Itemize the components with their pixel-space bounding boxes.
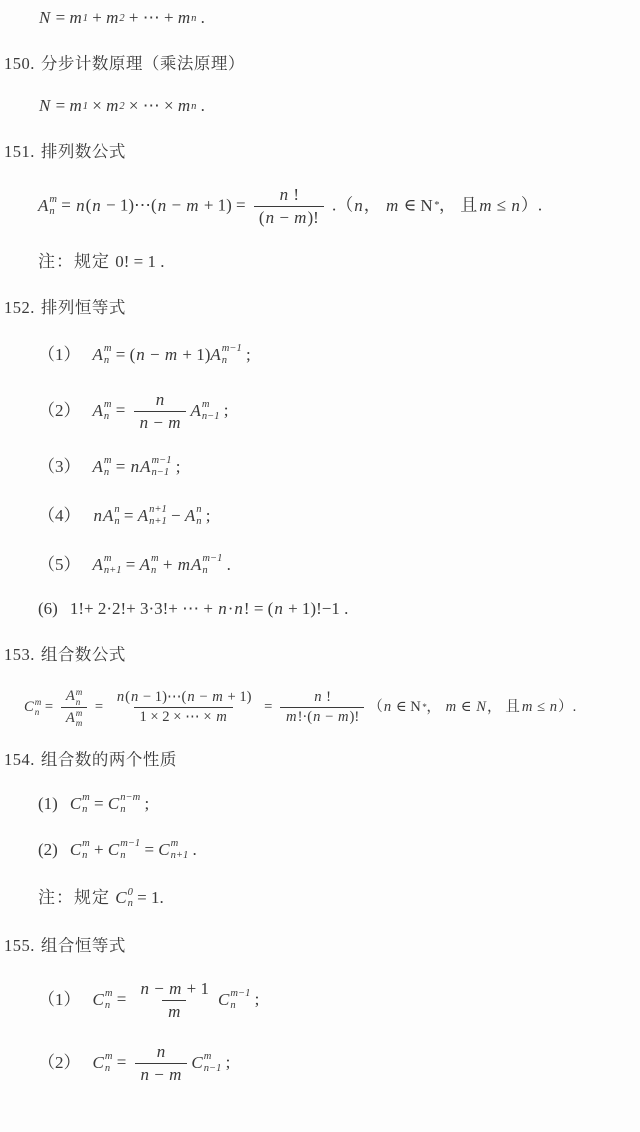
math-text: ! [289, 185, 299, 204]
math-text: ; [220, 401, 229, 420]
chinese-text: 注：规定 [38, 888, 115, 907]
subscript: m [76, 718, 83, 728]
item-label: （2） [38, 1053, 81, 1072]
math-text: = [90, 794, 108, 813]
math-text: （ [368, 699, 383, 715]
math-symbol-with-scripts: Cm−1n [218, 988, 250, 1012]
fraction-denominator: n − m [134, 411, 187, 434]
math-text: 0! = 1 . [115, 252, 164, 271]
math-text: − [149, 413, 167, 432]
fraction: n(n − 1)⋯(n − m + 1)1 × 2 × ⋯ × m [111, 688, 257, 727]
script-stack: mn [49, 194, 57, 218]
section-heading: 151.排列数公式 [4, 138, 634, 162]
superscript: m−1 [202, 553, 222, 565]
formula-line: 注：规定 0! = 1 . [38, 247, 634, 272]
section-heading: 152.排列恒等式 [4, 294, 634, 318]
math-text: ; [140, 794, 149, 813]
math-symbol-with-scripts: C0n [115, 887, 133, 911]
section-heading: 155.组合恒等式 [4, 932, 634, 956]
math-text: )! [350, 709, 360, 725]
superscript: n−m [120, 792, 140, 804]
superscript: m [76, 687, 83, 697]
superscript: m [82, 838, 90, 850]
math-symbol-with-scripts: Amn [93, 455, 112, 479]
math-text: = ( [112, 345, 136, 364]
math-text: + 1 [182, 979, 209, 998]
math-symbol-with-scripts: Cmn [70, 792, 90, 816]
superscript: m−1 [120, 838, 140, 850]
math-variable: n [383, 699, 392, 715]
math-symbol-with-scripts: m1 [69, 8, 88, 28]
math-symbol-with-scripts: Ann [103, 504, 120, 528]
superscript: m [104, 399, 112, 411]
fraction-numerator: n ! [308, 688, 336, 707]
subscript: n [49, 206, 54, 218]
symbol-base: A [93, 457, 103, 477]
symbol-base: C [115, 888, 126, 908]
math-text: − [275, 208, 293, 227]
script-stack: mm [76, 708, 83, 728]
script-stack: mn−1 [204, 1051, 222, 1075]
fraction: nn − m [134, 389, 187, 434]
chinese-text: 注：规定 [38, 252, 115, 271]
section-title: 排列数公式 [41, 142, 126, 161]
math-text: ， [487, 699, 505, 715]
item-label: （3） [38, 457, 81, 476]
math-text: ， [426, 699, 444, 715]
math-text: + ⋯ + [125, 8, 178, 27]
section-heading: 153.组合数公式 [4, 641, 634, 665]
formula-line: N = m1 × m2 × ⋯ × mn . [38, 96, 634, 116]
subscript: n−1 [204, 1063, 222, 1075]
subscript: n [35, 707, 40, 717]
fraction: n !(n − m)! [254, 184, 324, 229]
item-label: （2） [38, 401, 81, 420]
fraction-numerator: n [150, 389, 171, 411]
math-variable: n [135, 345, 146, 364]
math-variable: n [75, 196, 86, 215]
math-text: = [112, 457, 130, 476]
math-text: ! [323, 689, 332, 705]
math-text: + 1) [224, 689, 252, 705]
math-variable: m [285, 709, 298, 725]
section-title: 排列恒等式 [41, 298, 126, 317]
script-stack: m−1n [202, 553, 222, 577]
symbol-base: A [93, 345, 103, 365]
math-text: = [260, 699, 276, 715]
script-stack: mn [104, 455, 112, 479]
math-text: ≤ [533, 699, 548, 715]
math-variable: m [167, 1002, 181, 1021]
superscript: m [204, 1051, 212, 1063]
fraction: n − m + 1m [135, 978, 214, 1023]
math-variable: m [445, 699, 458, 715]
math-text: − [167, 506, 185, 525]
math-text: = [112, 401, 130, 420]
math-variable: n [140, 979, 151, 998]
math-variable: n [233, 599, 244, 618]
fraction-numerator: n − m + 1 [135, 978, 214, 1000]
math-text: 1 × 2 × ⋯ × [139, 709, 215, 725]
fraction: nn − m [135, 1041, 188, 1086]
subscript: n [104, 467, 109, 479]
fraction-numerator: n [151, 1041, 172, 1063]
math-text: ; [250, 990, 259, 1009]
math-symbol-with-scripts: Amm [66, 708, 82, 728]
superscript: m [76, 708, 83, 718]
math-variable: n [130, 457, 141, 476]
formula-item: （1）Cmn = n − m + 1mCm−1n ; [38, 978, 634, 1023]
math-symbol-with-scripts: m1 [69, 96, 88, 116]
math-variable: n [91, 196, 102, 215]
math-variable: m [293, 208, 307, 227]
symbol-base: C [93, 990, 104, 1010]
math-symbol-with-scripts: Amn [38, 194, 57, 218]
section-title: 组合数公式 [41, 645, 126, 664]
math-variable: m [177, 555, 191, 574]
math-text: − [167, 196, 185, 215]
math-variable: n [93, 506, 104, 525]
math-variable: n [353, 196, 364, 215]
superscript: m−1 [151, 455, 171, 467]
symbol-base: m [106, 8, 118, 28]
superscript: m−1 [230, 988, 250, 1000]
math-text: = [112, 990, 130, 1009]
script-stack: mn+1 [104, 553, 122, 577]
superscript: m [49, 194, 57, 206]
script-stack: mn [82, 838, 90, 862]
math-symbol-with-scripts: Amn [66, 687, 82, 707]
math-symbol-with-scripts: Amn+1 [93, 553, 122, 577]
math-variable: m [164, 345, 178, 364]
symbol-base: A [93, 555, 103, 575]
math-variable: m [167, 413, 181, 432]
subscript: n [222, 355, 227, 367]
symbol-base: m [178, 8, 190, 28]
item-label: （5） [38, 555, 81, 574]
math-variable: m [215, 709, 228, 725]
script-stack: mn+1 [171, 838, 189, 862]
math-symbol-with-scripts: Cmn [93, 1051, 113, 1075]
math-text: . [196, 8, 205, 27]
fraction-denominator: n − m [135, 1063, 188, 1086]
math-symbol-with-scripts: Ann [185, 504, 202, 528]
subscript: n−1 [151, 467, 169, 479]
subscript: n−1 [202, 411, 220, 423]
section-heading: 154.组合数的两个性质 [4, 746, 634, 770]
symbol-base: A [185, 506, 195, 526]
fraction-denominator: m!·(n − m)! [280, 707, 364, 727]
subscript: n [105, 1063, 110, 1075]
subscript: n [230, 1000, 235, 1012]
math-text: ∈ [399, 196, 420, 215]
math-text: + 1)!−1 . [284, 599, 349, 618]
symbol-base: C [158, 840, 169, 860]
formula-line: Cmn = AmnAmm = n(n − 1)⋯(n − m + 1)1 × 2… [24, 687, 634, 729]
math-text: × ⋯ × [125, 96, 178, 115]
symbol-base: m [69, 8, 81, 28]
math-text: ; [242, 345, 251, 364]
subscript: n [202, 565, 207, 577]
math-text: − [146, 345, 164, 364]
subscript: n [82, 850, 87, 862]
math-variable: n [130, 689, 139, 705]
symbol-base: A [93, 401, 103, 421]
formula-item: （2）Cmn = nn − mCmn−1 ; [38, 1041, 634, 1086]
script-stack: n+1n+1 [149, 504, 167, 528]
script-stack: m−1n−1 [151, 455, 171, 479]
math-text: 1!+ 2·2!+ 3·3!+ ⋯ + [70, 599, 217, 618]
symbol-base: C [24, 699, 34, 716]
superscript: n+1 [149, 504, 167, 516]
math-text: !·( [298, 709, 313, 725]
script-stack: m−1n [120, 838, 140, 862]
formula-line: N = m1 + m2 + ⋯ + mn . [38, 8, 634, 28]
symbol-base: A [190, 401, 200, 421]
symbol-base: A [140, 555, 150, 575]
section-heading: 150.分步计数原理（乘法原理） [4, 50, 634, 74]
superscript: m [151, 553, 159, 565]
fraction-numerator: Amn [61, 687, 87, 707]
math-variable: m [185, 196, 199, 215]
section-number: 152. [4, 298, 35, 317]
math-text: ( [259, 208, 265, 227]
script-stack: mn [76, 687, 83, 707]
math-text: . [222, 555, 231, 574]
subscript: n+1 [104, 565, 122, 577]
math-symbol-with-scripts: Cm−1n [108, 838, 140, 862]
formula-line: 注：规定 C0n = 1. [38, 883, 634, 910]
formula-item: （2）Amn = nn − mAmn−1 ; [38, 389, 634, 434]
symbol-base: m [106, 96, 118, 116]
math-variable: m [168, 1065, 182, 1084]
math-variable: n [156, 1042, 167, 1061]
math-symbol-with-scripts: Cmn [70, 838, 90, 862]
symbol-base: C [108, 840, 119, 860]
math-text: + [90, 840, 108, 859]
math-variable: m [385, 196, 399, 215]
superscript: m [171, 838, 179, 850]
math-text: × [88, 96, 106, 115]
symbol-base: A [210, 345, 220, 365]
formula-sheet: N = m1 + m2 + ⋯ + mn .150.分步计数原理（乘法原理）N … [0, 0, 640, 1132]
math-text: = [51, 96, 69, 115]
fraction-numerator: n(n − 1)⋯(n − m + 1) [111, 688, 257, 707]
symbol-base: A [38, 196, 48, 216]
symbol-base: C [70, 794, 81, 814]
math-text: + 1) [178, 345, 210, 364]
math-text: ! = ( [244, 599, 273, 618]
math-text: )! [307, 208, 318, 227]
formula-item: （3）Amn = nAm−1n−1 ; [38, 452, 634, 479]
item-label: （1） [38, 990, 81, 1009]
superscript: m [202, 399, 210, 411]
math-text: = [91, 699, 107, 715]
fraction-denominator: 1 × 2 × ⋯ × m [134, 707, 232, 727]
math-variable: n [217, 599, 228, 618]
formula-line: Amn = n(n − 1)⋯(n − m + 1) = n !(n − m)!… [38, 184, 634, 229]
math-text: = [51, 8, 69, 27]
math-text: ; [202, 506, 211, 525]
subscript: n+1 [171, 850, 189, 862]
subscript: n [82, 804, 87, 816]
script-stack: m−1n [222, 343, 242, 367]
math-symbol-with-scripts: An+1n+1 [138, 504, 167, 528]
symbol-base: N [420, 196, 432, 216]
math-variable: n [313, 689, 322, 705]
math-variable: n [140, 1065, 151, 1084]
math-symbol-with-scripts: Am−1n [210, 343, 241, 367]
symbol-base: C [70, 840, 81, 860]
script-stack: mn−1 [202, 399, 220, 423]
item-label: (6) [38, 599, 58, 618]
script-stack: mn [104, 399, 112, 423]
math-text: ; [221, 1053, 230, 1072]
math-variable: n [279, 185, 290, 204]
math-symbol-with-scripts: Amn [93, 399, 112, 423]
fraction-denominator: m [162, 1000, 186, 1023]
subscript: n [76, 697, 81, 707]
section-title: 组合恒等式 [41, 936, 126, 955]
fraction: n !m!·(n − m)! [280, 688, 364, 727]
script-stack: m−1n [230, 988, 250, 1012]
math-symbol-with-scripts: Cmn [24, 697, 41, 717]
math-variable: n [265, 208, 276, 227]
math-text: = [112, 1053, 130, 1072]
formula-item: （4）nAnn = An+1n+1 − Ann ; [38, 501, 634, 528]
math-symbol-with-scripts: Am−1n [191, 553, 222, 577]
math-text: + 1) = [200, 196, 250, 215]
math-symbol-with-scripts: Amn−1 [190, 399, 219, 423]
math-text: ， [364, 196, 385, 215]
math-variable: n [139, 413, 150, 432]
math-text: − 1)⋯( [139, 689, 186, 705]
section-number: 155. [4, 936, 35, 955]
math-symbol-with-scripts: Cmn [93, 988, 113, 1012]
math-text: − [150, 1065, 168, 1084]
script-stack: n−mn [120, 792, 140, 816]
math-variable: n [549, 699, 558, 715]
math-symbol-with-scripts: Cn−mn [108, 792, 140, 816]
symbol-base: N [410, 699, 421, 716]
script-stack: mn [82, 792, 90, 816]
superscript: m [82, 792, 90, 804]
fraction-numerator: n ! [274, 184, 304, 206]
fraction: AmnAmm [61, 687, 87, 729]
superscript: m−1 [222, 343, 242, 355]
subscript: n [104, 355, 109, 367]
math-variable: m [211, 689, 224, 705]
symbol-base: A [191, 555, 201, 575]
math-text: + [159, 555, 177, 574]
math-variable: N [475, 699, 487, 715]
math-text: = [120, 506, 138, 525]
math-text: − [150, 979, 168, 998]
math-symbol-with-scripts: m2 [106, 8, 125, 28]
symbol-base: A [140, 457, 150, 477]
symbol-base: C [93, 1053, 104, 1073]
superscript: m [104, 343, 112, 355]
math-text: = [140, 840, 158, 859]
chinese-text: 且 [460, 196, 478, 215]
math-text: − 1)⋯( [102, 196, 157, 215]
superscript: m [104, 455, 112, 467]
math-symbol-with-scripts: N* [420, 196, 439, 216]
math-variable: n [116, 689, 125, 705]
formula-item: (2)Cmn + Cm−1n = Cmn+1 . [38, 838, 634, 862]
symbol-base: C [218, 990, 229, 1010]
math-variable: m [168, 979, 182, 998]
math-text: = 1. [133, 888, 164, 907]
math-symbol-with-scripts: Amn [93, 343, 112, 367]
math-text: . [188, 840, 197, 859]
math-variable: n [186, 689, 195, 705]
formula-item: (1)Cmn = Cn−mn ; [38, 792, 634, 816]
math-symbol-with-scripts: Am−1n−1 [140, 455, 171, 479]
math-variable: N [38, 96, 51, 115]
symbol-base: m [178, 96, 190, 116]
math-symbol-with-scripts: Cmn+1 [158, 838, 188, 862]
math-variable: m [521, 699, 534, 715]
math-variable: n [510, 196, 521, 215]
math-text: ）. [521, 196, 542, 215]
math-variable: N [38, 8, 51, 27]
math-variable: m [478, 196, 492, 215]
symbol-base: A [66, 687, 75, 706]
math-symbol-with-scripts: mn [178, 96, 197, 116]
math-text: ≤ [492, 196, 510, 215]
math-symbol-with-scripts: Amn [140, 553, 159, 577]
section-title: 组合数的两个性质 [41, 750, 177, 769]
symbol-base: A [103, 506, 113, 526]
math-symbol-with-scripts: m2 [106, 96, 125, 116]
fraction-denominator: Amm [61, 707, 87, 728]
math-variable: n [155, 390, 166, 409]
superscript: m [104, 553, 112, 565]
item-label: （4） [38, 506, 81, 525]
section-number: 151. [4, 142, 35, 161]
section-number: 153. [4, 645, 35, 664]
math-text: = [122, 555, 140, 574]
section-number: 150. [4, 54, 35, 73]
symbol-base: C [108, 794, 119, 814]
formula-item: (6)1!+ 2·2!+ 3·3!+ ⋯ + n·n! = (n + 1)!−1… [38, 599, 634, 619]
formula-item: （5）Amn+1 = Amn + mAm−1n . [38, 550, 634, 577]
math-text: ）. [558, 699, 576, 715]
math-symbol-with-scripts: N* [410, 699, 426, 716]
subscript: n [104, 411, 109, 423]
math-text: ; [171, 457, 180, 476]
math-text: = [41, 699, 57, 715]
symbol-base: A [138, 506, 148, 526]
math-text: + [88, 8, 106, 27]
section-number: 154. [4, 750, 35, 769]
section-title: 分步计数原理（乘法原理） [41, 54, 245, 73]
math-text: − [321, 709, 337, 725]
subscript: n+1 [149, 516, 167, 528]
math-variable: n [273, 599, 284, 618]
math-text: ∈ [392, 699, 410, 715]
subscript: n [120, 804, 125, 816]
math-text: = [57, 196, 75, 215]
math-text: .（ [328, 196, 354, 215]
math-symbol-with-scripts: mn [178, 8, 197, 28]
item-label: (1) [38, 794, 58, 813]
formula-lines-container: N = m1 + m2 + ⋯ + mn .150.分步计数原理（乘法原理）N … [2, 8, 634, 1087]
math-symbol-with-scripts: Cmn−1 [191, 1051, 221, 1075]
script-stack: mn [151, 553, 159, 577]
math-text: − [196, 689, 212, 705]
